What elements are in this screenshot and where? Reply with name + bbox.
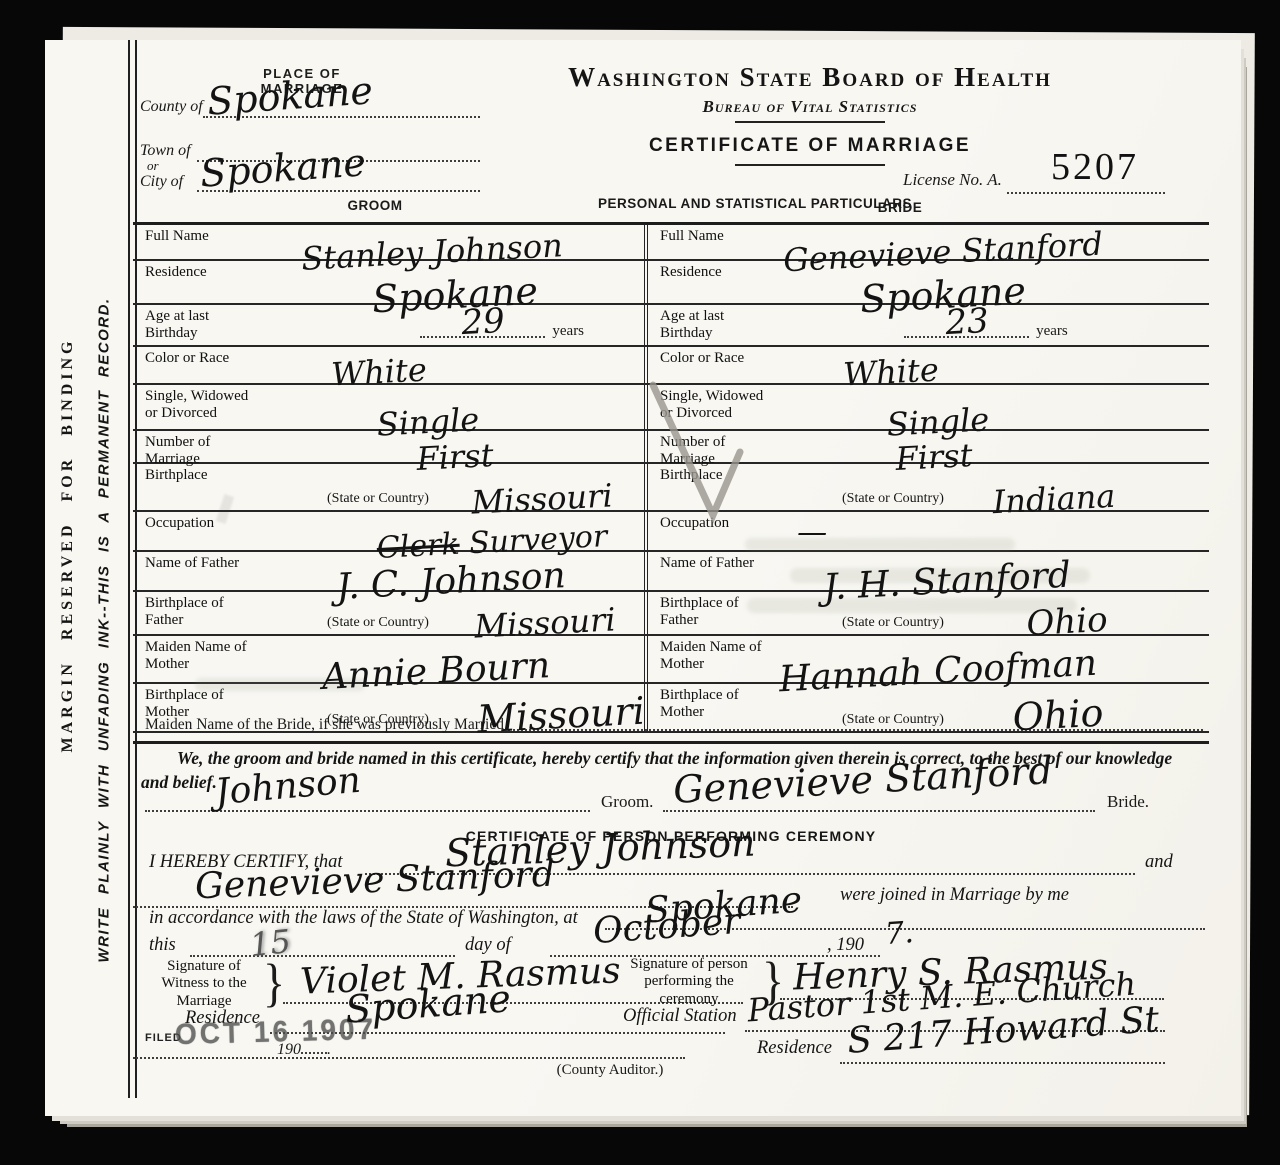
county-auditor-label: (County Auditor.) — [475, 1062, 745, 1079]
groom-column-heading: GROOM — [285, 198, 465, 213]
bride-occupation: — — [797, 515, 827, 550]
year-period: . — [327, 1041, 331, 1058]
field-label: Age at last Birthday — [648, 305, 780, 345]
groom-race: White — [330, 351, 427, 394]
joined-text: were joined in Marriage by me — [840, 885, 1069, 906]
county-label: County of — [140, 98, 203, 116]
bride-race: White — [843, 351, 940, 394]
row-father-name: Name of Father J. C. Johnson Name of Fat… — [133, 552, 1209, 592]
field-label: Age at last Birthday — [133, 305, 265, 345]
bride-birthplace: Indiana — [992, 477, 1117, 521]
maiden-name-label: Maiden Name of the Bride, if she was pre… — [133, 716, 508, 741]
years-label: years — [1036, 323, 1068, 340]
field-label: Single, Widowed or Divorced — [133, 385, 265, 429]
state-or-country-label: (State or Country) — [842, 491, 944, 507]
bride-residence: Spokane — [859, 269, 1027, 322]
month-value: October — [592, 901, 742, 952]
age-line: 29 — [420, 336, 545, 338]
bleedthrough-mark — [745, 538, 1015, 551]
bride-column-heading: BRIDE — [845, 200, 955, 215]
state-or-country-label: (State or Country) — [327, 491, 429, 507]
groom-age: 29 — [460, 301, 505, 343]
years-label: years — [552, 323, 584, 340]
or-label: or — [147, 158, 159, 174]
field-label: Birthplace of Father — [133, 592, 265, 634]
auditor-signature-line — [133, 1057, 685, 1059]
field-label: Maiden Name of Mother — [648, 636, 780, 682]
field-label: Color or Race — [133, 347, 265, 383]
witness-signature-label: Signature of Witness to the Marriage — [143, 958, 265, 1010]
license-number-value: 5207 — [1051, 145, 1139, 189]
official-station-label: Official Station — [623, 1006, 737, 1027]
year-prefix: 190 — [277, 1041, 301, 1058]
pencil-checkmark — [645, 380, 755, 535]
groom-father-birthplace: Missouri — [474, 600, 617, 645]
groom-caption: Groom. — [601, 792, 653, 812]
row-mother-name: Maiden Name of Mother Annie Bourn Maiden… — [133, 636, 1209, 684]
year-printed: , 190 — [827, 935, 864, 956]
row-full-name: Full Name Stanley Johnson Full Name Gene… — [133, 225, 1209, 261]
officiant-signature-label: Signature of person performing the cerem… — [615, 956, 763, 1008]
state-or-country-label: (State or Country) — [842, 615, 944, 631]
field-label: Birthplace — [133, 464, 265, 510]
officiant-residence-line — [840, 1062, 1165, 1064]
groom-marriage-number: First — [415, 436, 494, 478]
and-label: and — [1145, 852, 1173, 873]
field-label: Number of Marriage — [133, 431, 265, 462]
header-rule-1 — [735, 121, 885, 123]
groom-mother-birthplace: Missouri — [476, 689, 646, 742]
state-or-country-label: (State or Country) — [327, 615, 429, 631]
groom-residence: Spokane — [371, 269, 539, 322]
bureau-subtitle: Bureau of Vital Statistics — [385, 97, 1235, 117]
field-label: Name of Father — [648, 552, 780, 590]
field-label: Color or Race — [648, 347, 780, 383]
bride-marriage-number: First — [895, 436, 974, 478]
license-number-label: License No. A. — [903, 170, 1002, 190]
this-label: this — [149, 935, 176, 956]
city-label: City of — [140, 173, 183, 191]
bride-father-birthplace: Ohio — [1025, 600, 1108, 644]
groom-signature-line — [145, 810, 590, 812]
groom-birthplace: Missouri — [470, 476, 613, 521]
row-residence: Residence Spokane Residence Spokane — [133, 261, 1209, 305]
scanned-document-background: MARGIN RESERVED FOR BINDING WRITE PLAINL… — [0, 0, 1280, 1165]
field-label: Name of Father — [133, 552, 265, 590]
accordance-text: in accordance with the laws of the State… — [149, 908, 578, 929]
particulars-heading: PERSONAL AND STATISTICAL PARTICULARS — [465, 196, 1045, 211]
bride-signature-line — [663, 810, 1095, 812]
bride-mother-birthplace: Ohio — [1012, 691, 1105, 740]
day-of-label: day of — [465, 935, 511, 956]
field-label: Residence — [133, 261, 265, 303]
field-label: Occupation — [133, 512, 265, 550]
board-of-health-title: Washington State Board of Health — [385, 62, 1235, 93]
row-age: Age at last Birthday 29 years Age at las… — [133, 305, 1209, 347]
field-label: Residence — [648, 261, 780, 303]
bride-caption: Bride. — [1107, 792, 1149, 812]
field-label: Maiden Name of Mother — [133, 636, 265, 682]
bride-age: 23 — [944, 301, 989, 343]
year-prefix-printed: 190. — [277, 1040, 331, 1059]
year-written: 7. — [884, 915, 915, 952]
officiant-residence-label: Residence — [757, 1038, 832, 1059]
city-value-handwriting: Spokane — [199, 140, 368, 195]
occupation-word: Surveyor — [469, 519, 609, 561]
header-rule-2 — [735, 164, 885, 166]
field-label: Full Name — [133, 225, 265, 259]
year-blank — [301, 1040, 327, 1054]
field-label: Full Name — [648, 225, 780, 259]
day-value-smudged: 15 — [248, 922, 292, 964]
certificate-paper: MARGIN RESERVED FOR BINDING WRITE PLAINL… — [45, 40, 1241, 1116]
license-underline — [1007, 192, 1165, 194]
age-line: 23 — [904, 336, 1029, 338]
